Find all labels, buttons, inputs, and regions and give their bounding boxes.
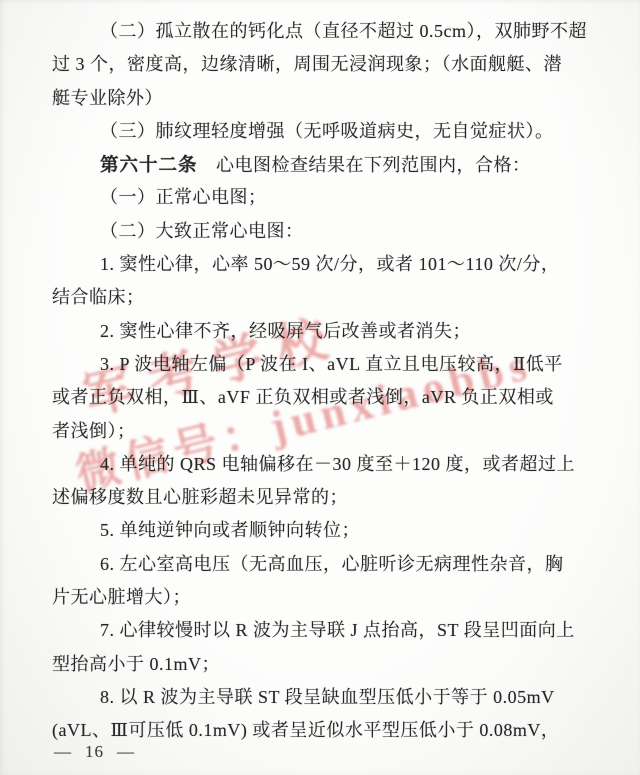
text-line: 或者正负双相，Ⅲ、aVF 正负双相或者浅倒，aVR 负正双相或 bbox=[52, 381, 596, 414]
text-line: 述偏移度数且心脏彩超未见异常的； bbox=[52, 481, 596, 514]
text-line: 第六十二条 心电图检查结果在下列范围内，合格： bbox=[52, 148, 596, 181]
text-line: （二）孤立散在的钙化点（直径不超过 0.5cm），双肺野不超 bbox=[52, 15, 596, 48]
text-line: 结合临床； bbox=[52, 281, 596, 314]
text-line: 5. 单纯逆钟向或者顺钟向转位； bbox=[52, 514, 596, 547]
text-line: 过 3 个，密度高，边缘清晰，周围无浸润现象；（水面舰艇、潜 bbox=[52, 48, 596, 81]
document-page: 军考学校 微信号：junxiaobbs （二）孤立散在的钙化点（直径不超过 0.… bbox=[0, 0, 640, 775]
text-line: 型抬高小于 0.1mV； bbox=[52, 648, 596, 681]
text-line: 3. P 波电轴左偏（P 波在 I、aVL 直立且电压较高，Ⅱ低平 bbox=[52, 348, 596, 381]
page-footer: — 16 — bbox=[54, 742, 135, 762]
text-line: 2. 窦性心律不齐，经吸屏气后改善或者消失； bbox=[52, 315, 596, 348]
text-line: （三）肺纹理轻度增强（无呼吸道病史，无自觉症状）。 bbox=[52, 115, 596, 148]
text-line: （二）大致正常心电图： bbox=[52, 215, 596, 248]
text-line: 1. 窦性心律，心率 50～59 次/分，或者 101～110 次/分， bbox=[52, 248, 596, 281]
article-number: 第六十二条 bbox=[100, 154, 198, 175]
text-line: 8. 以 R 波为主导联 ST 段呈缺血型压低小于等于 0.05mV bbox=[52, 681, 596, 714]
text-line: 片无心脏增大）； bbox=[52, 581, 596, 614]
text-line: 4. 单纯的 QRS 电轴偏移在－30 度至＋120 度，或者超过上 bbox=[52, 448, 596, 481]
footer-dash-left: — bbox=[54, 742, 72, 762]
page-number: 16 bbox=[85, 742, 104, 762]
footer-dash-right: — bbox=[117, 742, 135, 762]
text-line: 者浅倒）； bbox=[52, 415, 596, 448]
text-line: 6. 左心室高电压（无高血压，心脏听诊无病理性杂音，胸 bbox=[52, 548, 596, 581]
text-line: （一）正常心电图； bbox=[52, 181, 596, 214]
document-content: （二）孤立散在的钙化点（直径不超过 0.5cm），双肺野不超过 3 个，密度高，… bbox=[0, 0, 640, 748]
text-line: 艇专业除外） bbox=[52, 82, 596, 115]
text-line: 7. 心律较慢时以 R 波为主导联 J 点抬高，ST 段呈凹面向上 bbox=[52, 614, 596, 647]
